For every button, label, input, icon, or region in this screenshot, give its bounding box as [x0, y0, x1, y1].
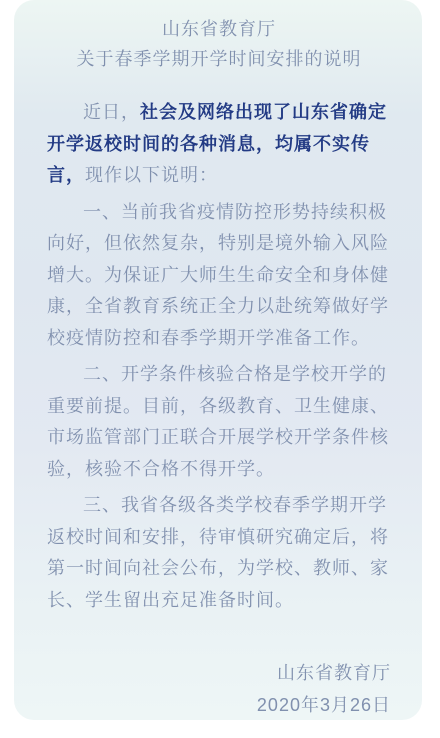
notice-paragraph: 二、开学条件核验合格是学校开学的重要前提。目前，各级教育、卫生健康、市场监管部门…	[47, 359, 391, 485]
notice-title: 山东省教育厅 关于春季学期开学时间安排的说明	[47, 14, 391, 74]
title-subject-line: 关于春季学期开学时间安排的说明	[47, 44, 391, 74]
body-text: 现作以下说明：	[85, 165, 218, 185]
notice-card: 山东省教育厅 关于春季学期开学时间安排的说明 近日，社会及网络出现了山东省确定开…	[14, 0, 422, 720]
notice-body: 近日，社会及网络出现了山东省确定开学返校时间的各种消息，均属不实传言，现作以下说…	[47, 97, 391, 616]
signature-date: 2020年3月26日	[47, 690, 391, 721]
body-text: 一、当前我省疫情防控形势持续积极向好，但依然复杂，特别是境外输入风险增大。为保证…	[47, 202, 389, 348]
title-org-line: 山东省教育厅	[47, 14, 391, 44]
notice-paragraph: 三、我省各级各类学校春季学期开学返校时间和安排，待审慎研究确定后，将第一时间向社…	[47, 490, 391, 616]
signature-org: 山东省教育厅	[47, 658, 391, 690]
body-text: 二、开学条件核验合格是学校开学的重要前提。目前，各级教育、卫生健康、市场监管部门…	[47, 364, 389, 479]
body-text: 三、我省各级各类学校春季学期开学返校时间和安排，待审慎研究确定后，将第一时间向社…	[47, 495, 389, 610]
notice-paragraph: 近日，社会及网络出现了山东省确定开学返校时间的各种消息，均属不实传言，现作以下说…	[47, 97, 391, 192]
notice-paragraph: 一、当前我省疫情防控形势持续积极向好，但依然复杂，特别是境外输入风险增大。为保证…	[47, 197, 391, 355]
body-text: 近日，	[83, 102, 140, 122]
signature-block: 山东省教育厅 2020年3月26日	[47, 658, 391, 720]
